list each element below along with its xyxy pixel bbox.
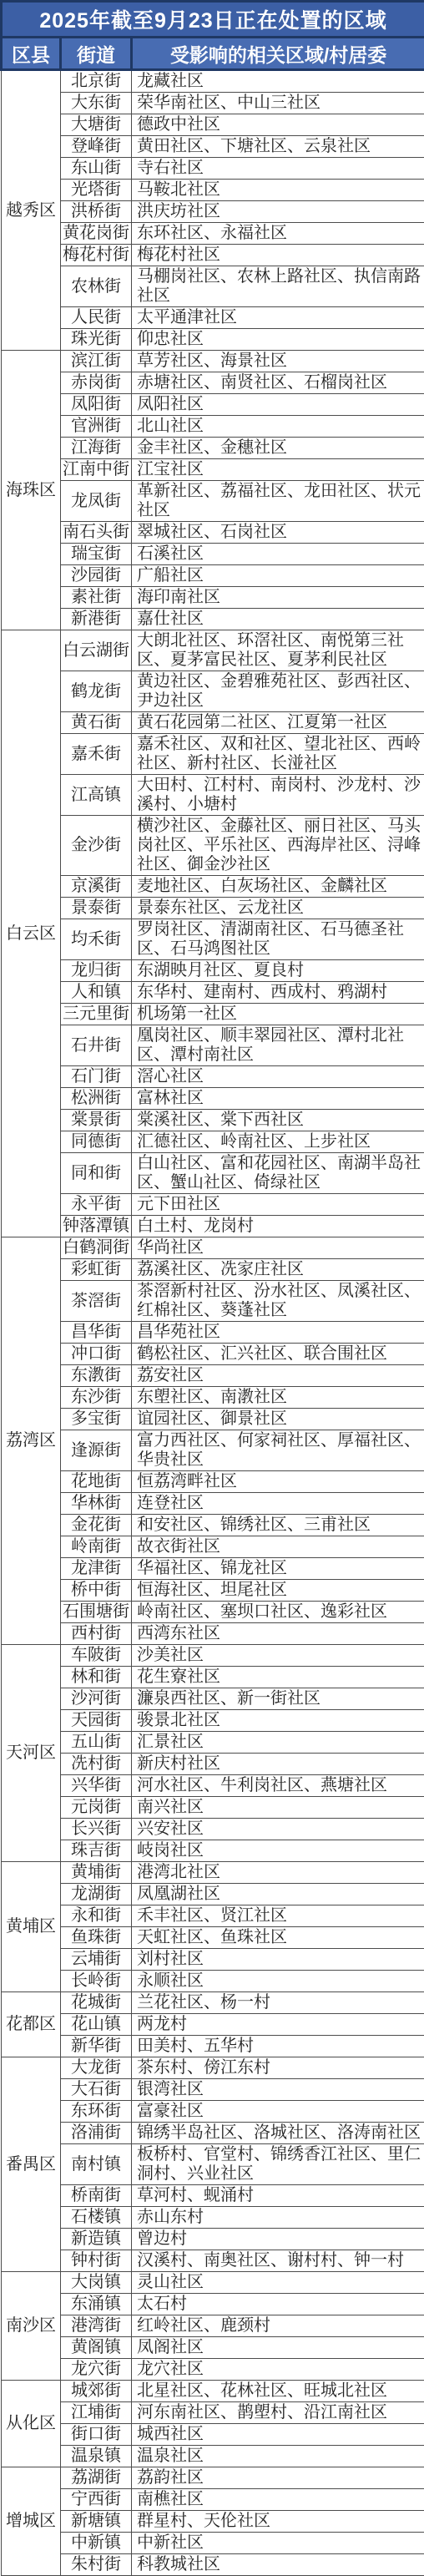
street-cell: 官洲街 [61,416,132,438]
table-row: 南沙区大岗镇灵山社区 [2,2272,424,2294]
areas-cell: 板桥村、官堂村、锦绣香江社区、里仁洞村、兴业社区 [132,2144,424,2185]
areas-cell: 兰花社区、杨一村 [132,1992,424,2014]
table-row: 景泰街景泰东社区、云龙社区 [2,898,424,919]
table-row: 新港街嘉仕社区 [2,609,424,630]
street-cell: 梅花村街 [61,245,132,266]
areas-cell: 锦绣半岛社区、洛城社区、洛涛南社区 [132,2123,424,2144]
table-row: 天园街骏景北社区 [2,1710,424,1732]
col-header-areas: 受影响的相关区域/村居委 [132,38,424,70]
table-row: 黄花岗街东环社区、永福社区 [2,223,424,245]
table-row: 龙归街东湖映月社区、夏良村 [2,960,424,982]
areas-cell: 刘村社区 [132,1949,424,1971]
table-row: 梅花村街梅花村社区 [2,245,424,266]
areas-cell: 谊园社区、御景社区 [132,1409,424,1430]
table-row: 人和镇东华村、建南村、西成村、鸦湖村 [2,982,424,1004]
street-cell: 元岗街 [61,1797,132,1819]
areas-cell: 荔韵社区 [132,2467,424,2489]
areas-cell: 鹤松社区、汇兴社区、联合围社区 [132,1344,424,1365]
street-cell: 花城街 [61,1992,132,2014]
street-cell: 西村街 [61,1623,132,1645]
table-row: 桥中街恒海社区、坦尾社区 [2,1580,424,1602]
areas-cell: 翠城社区、石岗社区 [132,522,424,544]
areas-cell: 科教城社区 [132,2554,424,2576]
street-cell: 钟落潭镇 [61,1216,132,1237]
table-row: 林和街花生寮社区 [2,1667,424,1688]
areas-cell: 北星社区、花林社区、旺城北社区 [132,2381,424,2402]
areas-cell: 机场第一社区 [132,1004,424,1025]
areas-cell: 龙穴社区 [132,2359,424,2381]
street-cell: 钟村街 [61,2250,132,2272]
street-cell: 荔湖街 [61,2467,132,2489]
areas-cell: 东湖映月社区、夏良村 [132,960,424,982]
table-row: 嘉禾街嘉禾社区、双和社区、望北社区、西岭社区、新村社区、长湴社区 [2,734,424,775]
table-row: 西村街西湾东社区 [2,1623,424,1645]
areas-cell: 寺右社区 [132,158,424,180]
street-cell: 景泰街 [61,898,132,919]
table-row: 冼村街新庆村社区 [2,1754,424,1775]
street-cell: 东环街 [61,2101,132,2123]
areas-cell: 汇景社区 [132,1732,424,1754]
street-cell: 滨江街 [61,351,132,372]
district-cell: 黄埔区 [2,1862,61,1992]
street-cell: 兴华街 [61,1775,132,1797]
street-cell: 茶滘街 [61,1281,132,1322]
district-cell: 海珠区 [2,351,61,630]
areas-cell: 洪庆坊社区 [132,201,424,223]
street-cell: 港湾街 [61,2315,132,2337]
table-row: 南村镇板桥村、官堂村、锦绣香江社区、里仁洞村、兴业社区 [2,2144,424,2185]
street-cell: 光塔街 [61,180,132,201]
street-cell: 冼村街 [61,1754,132,1775]
district-cell: 从化区 [2,2381,61,2467]
areas-cell: 棠溪社区、棠下西社区 [132,1110,424,1131]
street-cell: 金沙街 [61,816,132,876]
table-row: 京溪街麦地社区、白灰场社区、金麟社区 [2,876,424,898]
areas-cell: 赤山东村 [132,2207,424,2229]
table-row: 云埔街刘村社区 [2,1949,424,1971]
areas-cell: 港湾北社区 [132,1862,424,1884]
district-cell: 花都区 [2,1992,61,2057]
street-cell: 黄阁镇 [61,2337,132,2359]
areas-cell: 银湾社区 [132,2079,424,2101]
street-cell: 江海街 [61,438,132,459]
table-row: 从化区城郊街北星社区、花林社区、旺城北社区 [2,2381,424,2402]
table-row: 龙津街华福社区、锦龙社区 [2,1558,424,1580]
table-row: 南石头街翠城社区、石岗社区 [2,522,424,544]
areas-cell: 岭南社区、塞坝口社区、逸彩社区 [132,1602,424,1623]
table-row: 多宝街谊园社区、御景社区 [2,1409,424,1430]
title-row: 2025年截至9月23日正在处置的区域 [2,2,424,38]
street-cell: 素社街 [61,587,132,609]
street-cell: 彩虹街 [61,1259,132,1281]
areas-cell: 永顺社区 [132,1971,424,1992]
table-row: 石楼镇赤山东村 [2,2207,424,2229]
table-title: 2025年截至9月23日正在处置的区域 [2,2,424,38]
table-row: 大石街银湾社区 [2,2079,424,2101]
areas-cell: 荔溪社区、冼家庄社区 [132,1259,424,1281]
areas-cell: 两龙村 [132,2014,424,2036]
street-cell: 龙穴街 [61,2359,132,2381]
areas-cell: 恒荔湾畔社区 [132,1471,424,1493]
areas-cell: 黄边社区、金碧雅苑社区、彭西社区、尹边社区 [132,671,424,712]
areas-cell: 茶东村、傍江东村 [132,2057,424,2079]
table-row: 大东街荣华南社区、中山三社区 [2,93,424,114]
areas-cell: 中新社区 [132,2533,424,2554]
areas-cell: 南兴社区 [132,1797,424,1819]
table-row: 龙湖街凤凰湖社区 [2,1884,424,1905]
areas-cell: 仰忠社区 [132,329,424,351]
table-row: 江高镇大田村、江村村、南岗村、沙龙村、沙溪村、小塘村 [2,775,424,816]
street-cell: 车陂街 [61,1645,132,1667]
table-row: 棠景街棠溪社区、棠下西社区 [2,1110,424,1131]
table-row: 长岭街永顺社区 [2,1971,424,1992]
street-cell: 桥中街 [61,1580,132,1602]
district-cell: 越秀区 [2,70,61,351]
areas-cell: 连登社区 [132,1493,424,1515]
street-cell: 永平街 [61,1194,132,1216]
street-cell: 白云湖街 [61,630,132,671]
table-row: 黄埔区黄埔街港湾北社区 [2,1862,424,1884]
street-cell: 龙湖街 [61,1884,132,1905]
areas-cell: 花生寮社区 [132,1667,424,1688]
street-cell: 珠吉街 [61,1840,132,1862]
table-row: 石围塘街岭南社区、塞坝口社区、逸彩社区 [2,1602,424,1623]
street-cell: 三元里街 [61,1004,132,1025]
table-row: 宁西街南樵社区 [2,2489,424,2511]
areas-cell: 天虹社区、鱼珠社区 [132,1927,424,1949]
street-cell: 冲口街 [61,1344,132,1365]
table-row: 金花街和安社区、锦绣社区、三甫社区 [2,1515,424,1536]
areas-cell: 黄石花园第二社区、江夏第一社区 [132,712,424,734]
table-row: 长兴街兴安社区 [2,1819,424,1840]
areas-cell: 昌华苑社区 [132,1322,424,1344]
street-cell: 棠景街 [61,1110,132,1131]
table-row: 江海街金丰社区、金穗社区 [2,438,424,459]
col-header-district: 区县 [2,38,61,70]
areas-cell: 白土村、龙岗村 [132,1216,424,1237]
district-cell: 白云区 [2,630,61,1237]
table-row: 昌华街昌华苑社区 [2,1322,424,1344]
street-cell: 温泉镇 [61,2446,132,2467]
street-cell: 石井街 [61,1025,132,1066]
table-row: 沙园街广船社区 [2,565,424,587]
table-row: 同德街汇德社区、岭南社区、上步社区 [2,1131,424,1153]
street-cell: 逢源街 [61,1430,132,1471]
table-row: 越秀区北京街龙藏社区 [2,70,424,93]
areas-cell: 濂泉西社区、新一街社区 [132,1688,424,1710]
table-body: 越秀区北京街龙藏社区大东街荣华南社区、中山三社区大塘街德政中社区登峰街黄田社区、… [2,70,424,2576]
table-row: 海珠区滨江街草芳社区、海景社区 [2,351,424,372]
areas-cell: 凤阳社区 [132,394,424,416]
table-row: 龙穴街龙穴社区 [2,2359,424,2381]
areas-cell: 岐岗社区 [132,1840,424,1862]
table-row: 江南中街江宝社区 [2,459,424,481]
street-cell: 农林街 [61,266,132,307]
street-cell: 林和街 [61,1667,132,1688]
areas-cell: 城西社区 [132,2424,424,2446]
areas-cell: 沙美社区 [132,1645,424,1667]
district-cell: 荔湾区 [2,1237,61,1645]
table-row: 东涌镇太石村 [2,2294,424,2315]
areas-cell: 温泉社区 [132,2446,424,2467]
street-cell: 龙归街 [61,960,132,982]
column-header-row: 区县 街道 受影响的相关区域/村居委 [2,38,424,70]
table-row: 珠吉街岐岗社区 [2,1840,424,1862]
street-cell: 京溪街 [61,876,132,898]
areas-cell: 骏景北社区 [132,1710,424,1732]
street-cell: 中新镇 [61,2533,132,2554]
street-cell: 大龙街 [61,2057,132,2079]
areas-cell: 华尚社区 [132,1237,424,1259]
areas-cell: 南樵社区 [132,2489,424,2511]
areas-cell: 和安社区、锦绣社区、三甫社区 [132,1515,424,1536]
areas-cell: 滘心社区 [132,1066,424,1088]
street-cell: 黄埔街 [61,1862,132,1884]
areas-cell: 金丰社区、金穗社区 [132,438,424,459]
street-cell: 朱村街 [61,2554,132,2576]
table-row: 东环街富豪社区 [2,2101,424,2123]
table-row: 农林街马棚岗社区、农林上路社区、执信南路社区 [2,266,424,307]
table-row: 港湾街红岭社区、鹿颈村 [2,2315,424,2337]
table-row: 新造镇曾边村 [2,2229,424,2250]
table-row: 白云区白云湖街大朗北社区、环滘社区、南悦第三社区、夏茅富民社区、夏茅利民社区 [2,630,424,671]
areas-cell: 黄田社区、下塘社区、云泉社区 [132,136,424,158]
areas-cell: 汉溪村、南奥社区、谢村村、钟一村 [132,2250,424,2272]
street-cell: 同和街 [61,1153,132,1194]
street-cell: 岭南街 [61,1536,132,1558]
areas-cell: 赤塘社区、南贤社区、石榴岗社区 [132,372,424,394]
street-cell: 龙津街 [61,1558,132,1580]
table-row: 五山街汇景社区 [2,1732,424,1754]
areas-cell: 田美村、五华村 [132,2036,424,2057]
areas-cell: 马鞍北社区 [132,180,424,201]
areas-cell: 华福社区、锦龙社区 [132,1558,424,1580]
areas-cell: 禾丰社区、贤江社区 [132,1905,424,1927]
street-cell: 大石街 [61,2079,132,2101]
street-cell: 鹤龙街 [61,671,132,712]
street-cell: 南村镇 [61,2144,132,2185]
areas-cell: 故衣街社区 [132,1536,424,1558]
street-cell: 云埔街 [61,1949,132,1971]
street-cell: 东涌镇 [61,2294,132,2315]
table-row: 登峰街黄田社区、下塘社区、云泉社区 [2,136,424,158]
areas-cell: 革新社区、荔福社区、龙田社区、状元社区 [132,481,424,522]
table-row: 洪桥街洪庆坊社区 [2,201,424,223]
table-row: 赤岗街赤塘社区、南贤社区、石榴岗社区 [2,372,424,394]
areas-cell: 海印南社区 [132,587,424,609]
areas-cell: 富豪社区 [132,2101,424,2123]
street-cell: 人民街 [61,307,132,329]
street-cell: 黄石街 [61,712,132,734]
street-cell: 人和镇 [61,982,132,1004]
street-cell: 白鹤洞街 [61,1237,132,1259]
street-cell: 瑞宝街 [61,544,132,565]
table-row: 光塔街马鞍北社区 [2,180,424,201]
areas-cell: 富林社区 [132,1088,424,1110]
street-cell: 洛浦街 [61,2123,132,2144]
street-cell: 华林街 [61,1493,132,1515]
table-row: 金沙街横沙社区、金藤社区、丽日社区、马头岗社区、平乐社区、西海岸社区、浔峰社区、… [2,816,424,876]
areas-cell: 茶滘新村社区、汾水社区、凤溪社区、红棉社区、葵蓬社区 [132,1281,424,1322]
street-cell: 赤岗街 [61,372,132,394]
table-row: 花都区花城街兰花社区、杨一村 [2,1992,424,2014]
table-row: 同和街白山社区、富和花园社区、南湖半岛社区、蟹山社区、倚绿社区 [2,1153,424,1194]
areas-cell: 东环社区、永福社区 [132,223,424,245]
table-row: 兴华街河水社区、牛利岗社区、燕塘社区 [2,1775,424,1797]
areas-cell: 汇德社区、岭南社区、上步社区 [132,1131,424,1153]
street-cell: 洪桥街 [61,201,132,223]
street-cell: 石围塘街 [61,1602,132,1623]
street-cell: 金花街 [61,1515,132,1536]
table-row: 花山镇两龙村 [2,2014,424,2036]
areas-cell: 龙藏社区 [132,70,424,93]
district-cell: 南沙区 [2,2272,61,2381]
street-cell: 天园街 [61,1710,132,1732]
street-cell: 北京街 [61,70,132,93]
areas-cell: 北山社区 [132,416,424,438]
table-row: 增城区荔湖街荔韵社区 [2,2467,424,2489]
street-cell: 龙凤街 [61,481,132,522]
table-row: 东漖街荔安社区 [2,1365,424,1387]
street-cell: 同德街 [61,1131,132,1153]
table-row: 街口街城西社区 [2,2424,424,2446]
table-row: 松洲街富林社区 [2,1088,424,1110]
table-row: 黄阁镇凤阁社区 [2,2337,424,2359]
areas-cell: 灵山社区 [132,2272,424,2294]
street-cell: 桥南街 [61,2185,132,2207]
street-cell: 新塘镇 [61,2511,132,2533]
district-cell: 天河区 [2,1645,61,1862]
table-row: 大塘街德政中社区 [2,114,424,136]
table-row: 桥南街草河村、蚬涌村 [2,2185,424,2207]
street-cell: 新造镇 [61,2229,132,2250]
disposal-areas-table: 2025年截至9月23日正在处置的区域 区县 街道 受影响的相关区域/村居委 越… [0,0,424,2576]
table-row: 人民街太平通津社区 [2,307,424,329]
areas-cell: 横沙社区、金藤社区、丽日社区、马头岗社区、平乐社区、西海岸社区、浔峰社区、御金沙… [132,816,424,876]
areas-cell: 嘉禾社区、双和社区、望北社区、西岭社区、新村社区、长湴社区 [132,734,424,775]
street-cell: 鱼珠街 [61,1927,132,1949]
table-row: 永平街元下田社区 [2,1194,424,1216]
areas-cell: 江宝社区 [132,459,424,481]
table-row: 岭南街故衣街社区 [2,1536,424,1558]
street-cell: 珠光街 [61,329,132,351]
street-cell: 嘉禾街 [61,734,132,775]
street-cell: 黄花岗街 [61,223,132,245]
areas-cell: 群星村、天伦社区 [132,2511,424,2533]
street-cell: 大岗镇 [61,2272,132,2294]
areas-cell: 德政中社区 [132,114,424,136]
areas-cell: 广船社区 [132,565,424,587]
table-row: 沙河街濂泉西社区、新一街社区 [2,1688,424,1710]
street-cell: 花地街 [61,1471,132,1493]
street-cell: 登峰街 [61,136,132,158]
areas-cell: 新庆村社区 [132,1754,424,1775]
street-cell: 江南中街 [61,459,132,481]
street-cell: 东山街 [61,158,132,180]
street-cell: 东漖街 [61,1365,132,1387]
areas-cell: 富力西社区、何家祠社区、厚福社区、华贵社区 [132,1430,424,1471]
table-row: 中新镇中新社区 [2,2533,424,2554]
areas-cell: 麦地社区、白灰场社区、金麟社区 [132,876,424,898]
table-row: 逢源街富力西社区、何家祠社区、厚福社区、华贵社区 [2,1430,424,1471]
street-cell: 均禾街 [61,919,132,960]
areas-cell: 荔安社区 [132,1365,424,1387]
table-row: 天河区车陂街沙美社区 [2,1645,424,1667]
table-row: 新塘镇群星村、天伦社区 [2,2511,424,2533]
table-row: 官洲街北山社区 [2,416,424,438]
areas-cell: 石溪社区 [132,544,424,565]
street-cell: 松洲街 [61,1088,132,1110]
table-row: 番禺区大龙街茶东村、傍江东村 [2,2057,424,2079]
table-row: 三元里街机场第一社区 [2,1004,424,1025]
areas-cell: 梅花村社区 [132,245,424,266]
street-cell: 江高镇 [61,775,132,816]
areas-cell: 太平通津社区 [132,307,424,329]
street-cell: 沙河街 [61,1688,132,1710]
areas-cell: 元下田社区 [132,1194,424,1216]
areas-cell: 西湾东社区 [132,1623,424,1645]
areas-cell: 马棚岗社区、农林上路社区、执信南路社区 [132,266,424,307]
table-row: 朱村街科教城社区 [2,2554,424,2576]
street-cell: 大东街 [61,93,132,114]
street-cell: 沙园街 [61,565,132,587]
table-row: 珠光街仰忠社区 [2,329,424,351]
table-row: 华林街连登社区 [2,1493,424,1515]
areas-cell: 嘉仕社区 [132,609,424,630]
table-row: 元岗街南兴社区 [2,1797,424,1819]
street-cell: 街口街 [61,2424,132,2446]
street-cell: 大塘街 [61,114,132,136]
street-cell: 凤阳街 [61,394,132,416]
areas-cell: 东华村、建南村、西成村、鸦湖村 [132,982,424,1004]
table-row: 石井街凰岗社区、顺丰翠园社区、潭村北社区、潭村南社区 [2,1025,424,1066]
areas-cell: 罗岗社区、清湖南社区、石马德圣社区、石马鸿图社区 [132,919,424,960]
street-cell: 花山镇 [61,2014,132,2036]
table-row: 花地街恒荔湾畔社区 [2,1471,424,1493]
table-row: 黄石街黄石花园第二社区、江夏第一社区 [2,712,424,734]
areas-cell: 草芳社区、海景社区 [132,351,424,372]
table-row: 温泉镇温泉社区 [2,2446,424,2467]
street-cell: 石楼镇 [61,2207,132,2229]
table-row: 洛浦街锦绣半岛社区、洛城社区、洛涛南社区 [2,2123,424,2144]
areas-cell: 大朗北社区、环滘社区、南悦第三社区、夏茅富民社区、夏茅利民社区 [132,630,424,671]
street-cell: 长兴街 [61,1819,132,1840]
table-row: 瑞宝街石溪社区 [2,544,424,565]
street-cell: 五山街 [61,1732,132,1754]
areas-cell: 草河村、蚬涌村 [132,2185,424,2207]
street-cell: 江埔街 [61,2402,132,2424]
col-header-street: 街道 [61,38,132,70]
areas-cell: 凰岗社区、顺丰翠园社区、潭村北社区、潭村南社区 [132,1025,424,1066]
table-row: 新华街田美村、五华村 [2,2036,424,2057]
table-row: 冲口街鹤松社区、汇兴社区、联合围社区 [2,1344,424,1365]
areas-cell: 红岭社区、鹿颈村 [132,2315,424,2337]
areas-cell: 东塱社区、南漖社区 [132,1387,424,1409]
table-row: 均禾街罗岗社区、清湖南社区、石马德圣社区、石马鸿图社区 [2,919,424,960]
street-cell: 新华街 [61,2036,132,2057]
areas-cell: 凤凰湖社区 [132,1884,424,1905]
street-cell: 长岭街 [61,1971,132,1992]
street-cell: 南石头街 [61,522,132,544]
table-row: 茶滘街茶滘新村社区、汾水社区、凤溪社区、红棉社区、葵蓬社区 [2,1281,424,1322]
areas-cell: 河东南社区、鹊塱村、沿江南社区 [132,2402,424,2424]
table-row: 江埔街河东南社区、鹊塱村、沿江南社区 [2,2402,424,2424]
areas-cell: 白山社区、富和花园社区、南湖半岛社区、蟹山社区、倚绿社区 [132,1153,424,1194]
street-cell: 城郊街 [61,2381,132,2402]
table-row: 钟村街汉溪村、南奥社区、谢村村、钟一村 [2,2250,424,2272]
street-cell: 宁西街 [61,2489,132,2511]
table-row: 东山街寺右社区 [2,158,424,180]
